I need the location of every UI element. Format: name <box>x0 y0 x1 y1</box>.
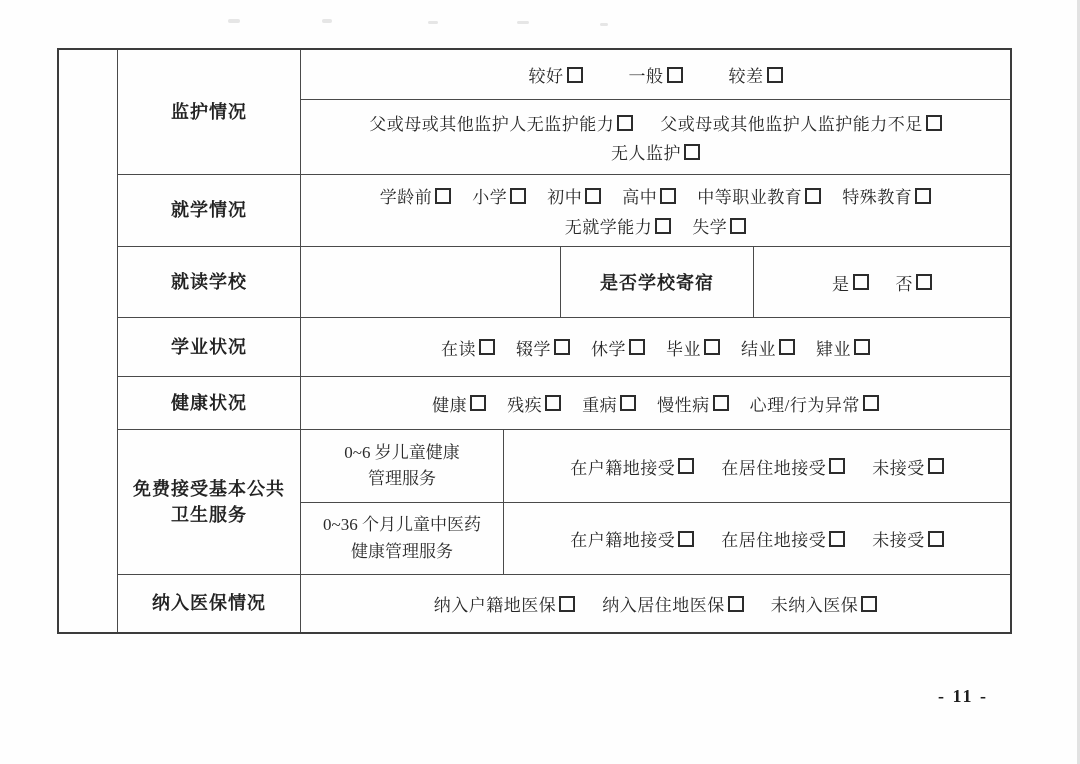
sub-row-label: 0~6 岁儿童健康 管理服务 <box>301 430 504 502</box>
checkbox-option: 在户籍地接受 <box>570 526 694 551</box>
option-label: 是 <box>832 270 850 295</box>
row-label: 监护情况 <box>118 50 301 174</box>
options-line: 健康残疾重病慢性病心理/行为异常 <box>432 391 879 416</box>
checkbox-option: 心理/行为异常 <box>750 391 879 416</box>
option-label: 否 <box>896 270 914 295</box>
guardianship-quality-subrow: 较好一般较差 <box>301 50 1010 100</box>
scan-noise-mark <box>428 21 438 24</box>
option-label: 纳入户籍地医保 <box>434 591 557 616</box>
boarding-label-text: 是否学校寄宿 <box>600 269 714 295</box>
row-health: 健康状况 健康残疾重病慢性病心理/行为异常 <box>118 377 1010 430</box>
checkbox-icon <box>678 531 694 547</box>
checkbox-option: 毕业 <box>666 335 720 360</box>
category-spanner-column <box>59 50 118 632</box>
checkbox-icon <box>585 188 601 204</box>
checkbox-option: 中等职业教育 <box>697 183 821 208</box>
checkbox-icon <box>779 339 795 355</box>
checkbox-icon <box>479 339 495 355</box>
row-guardianship: 监护情况 较好一般较差 父或母或其他监护人无监护能力父或母或其他监护人监护能力不… <box>118 50 1010 175</box>
checkbox-icon <box>684 144 700 160</box>
page-number: - 11 - <box>938 686 988 707</box>
checkbox-option: 失学 <box>692 213 746 238</box>
row-label-text: 就读学校 <box>171 269 247 295</box>
row-label-text: 卫生服务 <box>171 502 247 528</box>
checkbox-option: 初中 <box>547 183 601 208</box>
row-school: 就读学校 是否学校寄宿 是否 <box>118 247 1010 318</box>
row-public-health-services: 免费接受基本公共 卫生服务 0~6 岁儿童健康 管理服务 在户籍地接受在居住地接… <box>118 430 1010 575</box>
options-line: 父或母或其他监护人无监护能力父或母或其他监护人监护能力不足 <box>369 110 942 135</box>
row-medical-insurance: 纳入医保情况 纳入户籍地医保纳入居住地医保未纳入医保 <box>118 575 1010 632</box>
sub-row-label-text: 管理服务 <box>368 466 436 492</box>
checkbox-option: 休学 <box>591 335 645 360</box>
row-label: 学业状况 <box>118 318 301 376</box>
option-label: 高中 <box>622 183 657 208</box>
row-label: 健康状况 <box>118 377 301 429</box>
scanned-page: 监护情况 较好一般较差 父或母或其他监护人无监护能力父或母或其他监护人监护能力不… <box>0 0 1080 764</box>
row-label-text: 学业状况 <box>171 334 247 360</box>
checkbox-option: 小学 <box>472 183 526 208</box>
checkbox-option: 结业 <box>741 335 795 360</box>
option-label: 残疾 <box>507 391 542 416</box>
option-label: 肄业 <box>816 335 851 360</box>
checkbox-option: 未接受 <box>872 526 944 551</box>
sub-row-label-text: 健康管理服务 <box>351 539 453 565</box>
option-label: 较差 <box>729 62 764 87</box>
checkbox-option: 无人监护 <box>611 139 700 164</box>
guardianship-capability-subrow: 父或母或其他监护人无监护能力父或母或其他监护人监护能力不足 无人监护 <box>301 100 1010 174</box>
option-label: 在居住地接受 <box>721 454 826 479</box>
option-label: 休学 <box>591 335 626 360</box>
checkbox-option: 特殊教育 <box>842 183 931 208</box>
checkbox-icon <box>620 395 636 411</box>
checkbox-icon <box>915 188 931 204</box>
option-label: 在户籍地接受 <box>570 454 675 479</box>
option-label: 重病 <box>582 391 617 416</box>
options-line: 无人监护 <box>611 139 700 164</box>
option-label: 未接受 <box>872 454 925 479</box>
options-line: 是否 <box>832 270 932 295</box>
option-label: 未纳入医保 <box>771 591 859 616</box>
option-label: 心理/行为异常 <box>750 391 860 416</box>
checkbox-option: 纳入户籍地医保 <box>434 591 576 616</box>
checkbox-option: 在居住地接受 <box>721 526 845 551</box>
options-line: 无就学能力失学 <box>565 213 747 238</box>
scan-noise-mark <box>517 21 529 24</box>
option-label: 父或母或其他监护人无监护能力 <box>369 110 614 135</box>
row-label-text: 就学情况 <box>171 197 247 223</box>
row-label: 就学情况 <box>118 175 301 246</box>
options-line: 在户籍地接受在居住地接受未接受 <box>570 526 944 551</box>
option-label: 慢性病 <box>657 391 710 416</box>
checkbox-icon <box>805 188 821 204</box>
checkbox-icon <box>767 67 783 83</box>
checkbox-icon <box>853 274 869 290</box>
sub-row-label-text: 0~36 个月儿童中医药 <box>323 512 481 538</box>
checkbox-icon <box>435 188 451 204</box>
checkbox-icon <box>829 458 845 474</box>
checkbox-option: 肄业 <box>816 335 870 360</box>
checkbox-icon <box>470 395 486 411</box>
status-form-table: 监护情况 较好一般较差 父或母或其他监护人无监护能力父或母或其他监护人监护能力不… <box>57 48 1012 634</box>
checkbox-icon <box>863 395 879 411</box>
option-label: 小学 <box>472 183 507 208</box>
options-line: 学龄前小学初中高中中等职业教育特殊教育 <box>380 183 932 208</box>
checkbox-option: 健康 <box>432 391 486 416</box>
option-label: 无人监护 <box>611 139 681 164</box>
option-label: 在读 <box>441 335 476 360</box>
checkbox-option: 慢性病 <box>657 391 729 416</box>
options-line: 纳入户籍地医保纳入居住地医保未纳入医保 <box>434 591 878 616</box>
row-label: 免费接受基本公共 卫生服务 <box>118 430 301 574</box>
checkbox-option: 辍学 <box>516 335 570 360</box>
scan-noise-mark <box>600 23 608 26</box>
checkbox-option: 父或母或其他监护人监护能力不足 <box>660 110 942 135</box>
checkbox-icon <box>704 339 720 355</box>
checkbox-option: 在居住地接受 <box>721 454 845 479</box>
checkbox-option: 一般 <box>629 62 683 87</box>
row-label-text: 免费接受基本公共 <box>133 476 285 502</box>
checkbox-icon <box>728 596 744 612</box>
checkbox-option: 高中 <box>622 183 676 208</box>
child-health-management-subrow: 0~6 岁儿童健康 管理服务 在户籍地接受在居住地接受未接受 <box>301 430 1010 503</box>
checkbox-icon <box>660 188 676 204</box>
row-label: 就读学校 <box>118 247 301 317</box>
checkbox-icon <box>854 339 870 355</box>
school-name-cell <box>301 247 561 317</box>
checkbox-icon <box>928 458 944 474</box>
option-label: 父或母或其他监护人监护能力不足 <box>660 110 923 135</box>
checkbox-icon <box>730 218 746 234</box>
checkbox-icon <box>916 274 932 290</box>
option-label: 毕业 <box>666 335 701 360</box>
checkbox-option: 在户籍地接受 <box>570 454 694 479</box>
checkbox-option: 纳入居住地医保 <box>602 591 744 616</box>
checkbox-option: 较好 <box>529 62 583 87</box>
tcm-health-management-subrow: 0~36 个月儿童中医药 健康管理服务 在户籍地接受在居住地接受未接受 <box>301 503 1010 574</box>
checkbox-icon <box>861 596 877 612</box>
checkbox-icon <box>559 596 575 612</box>
checkbox-option: 重病 <box>582 391 636 416</box>
option-label: 初中 <box>547 183 582 208</box>
sub-row-label-text: 0~6 岁儿童健康 <box>344 440 459 466</box>
boarding-label: 是否学校寄宿 <box>561 247 754 317</box>
checkbox-option: 否 <box>896 270 933 295</box>
option-label: 较好 <box>529 62 564 87</box>
checkbox-option: 较差 <box>729 62 783 87</box>
options-line: 较好一般较差 <box>529 62 783 87</box>
option-label: 无就学能力 <box>565 213 653 238</box>
option-label: 纳入居住地医保 <box>602 591 725 616</box>
row-label: 纳入医保情况 <box>118 575 301 632</box>
checkbox-icon <box>926 115 942 131</box>
checkbox-icon <box>713 395 729 411</box>
checkbox-icon <box>667 67 683 83</box>
option-label: 在居住地接受 <box>721 526 826 551</box>
option-label: 失学 <box>692 213 727 238</box>
checkbox-option: 未接受 <box>872 454 944 479</box>
checkbox-option: 是 <box>832 270 869 295</box>
sub-row-label: 0~36 个月儿童中医药 健康管理服务 <box>301 503 504 574</box>
row-academic: 学业状况 在读辍学休学毕业结业肄业 <box>118 318 1010 377</box>
scan-noise-mark <box>322 19 332 23</box>
checkbox-option: 残疾 <box>507 391 561 416</box>
checkbox-option: 父或母或其他监护人无监护能力 <box>369 110 633 135</box>
checkbox-option: 学龄前 <box>380 183 452 208</box>
checkbox-icon <box>545 395 561 411</box>
checkbox-option: 在读 <box>441 335 495 360</box>
option-label: 结业 <box>741 335 776 360</box>
option-label: 学龄前 <box>380 183 433 208</box>
checkbox-icon <box>928 531 944 547</box>
option-label: 在户籍地接受 <box>570 526 675 551</box>
checkbox-icon <box>655 218 671 234</box>
checkbox-icon <box>617 115 633 131</box>
option-label: 未接受 <box>872 526 925 551</box>
option-label: 一般 <box>629 62 664 87</box>
checkbox-icon <box>829 531 845 547</box>
scan-noise-mark <box>228 19 240 23</box>
row-schooling: 就学情况 学龄前小学初中高中中等职业教育特殊教育 无就学能力失学 <box>118 175 1010 247</box>
option-label: 辍学 <box>516 335 551 360</box>
checkbox-option: 未纳入医保 <box>771 591 878 616</box>
checkbox-icon <box>554 339 570 355</box>
row-label-text: 监护情况 <box>171 99 247 125</box>
option-label: 健康 <box>432 391 467 416</box>
checkbox-option: 无就学能力 <box>565 213 672 238</box>
option-label: 中等职业教育 <box>697 183 802 208</box>
option-label: 特殊教育 <box>842 183 912 208</box>
options-line: 在读辍学休学毕业结业肄业 <box>441 335 870 360</box>
checkbox-icon <box>567 67 583 83</box>
row-label-text: 健康状况 <box>171 390 247 416</box>
options-line: 在户籍地接受在居住地接受未接受 <box>570 454 944 479</box>
row-label-text: 纳入医保情况 <box>152 590 266 616</box>
checkbox-icon <box>510 188 526 204</box>
checkbox-icon <box>629 339 645 355</box>
checkbox-icon <box>678 458 694 474</box>
